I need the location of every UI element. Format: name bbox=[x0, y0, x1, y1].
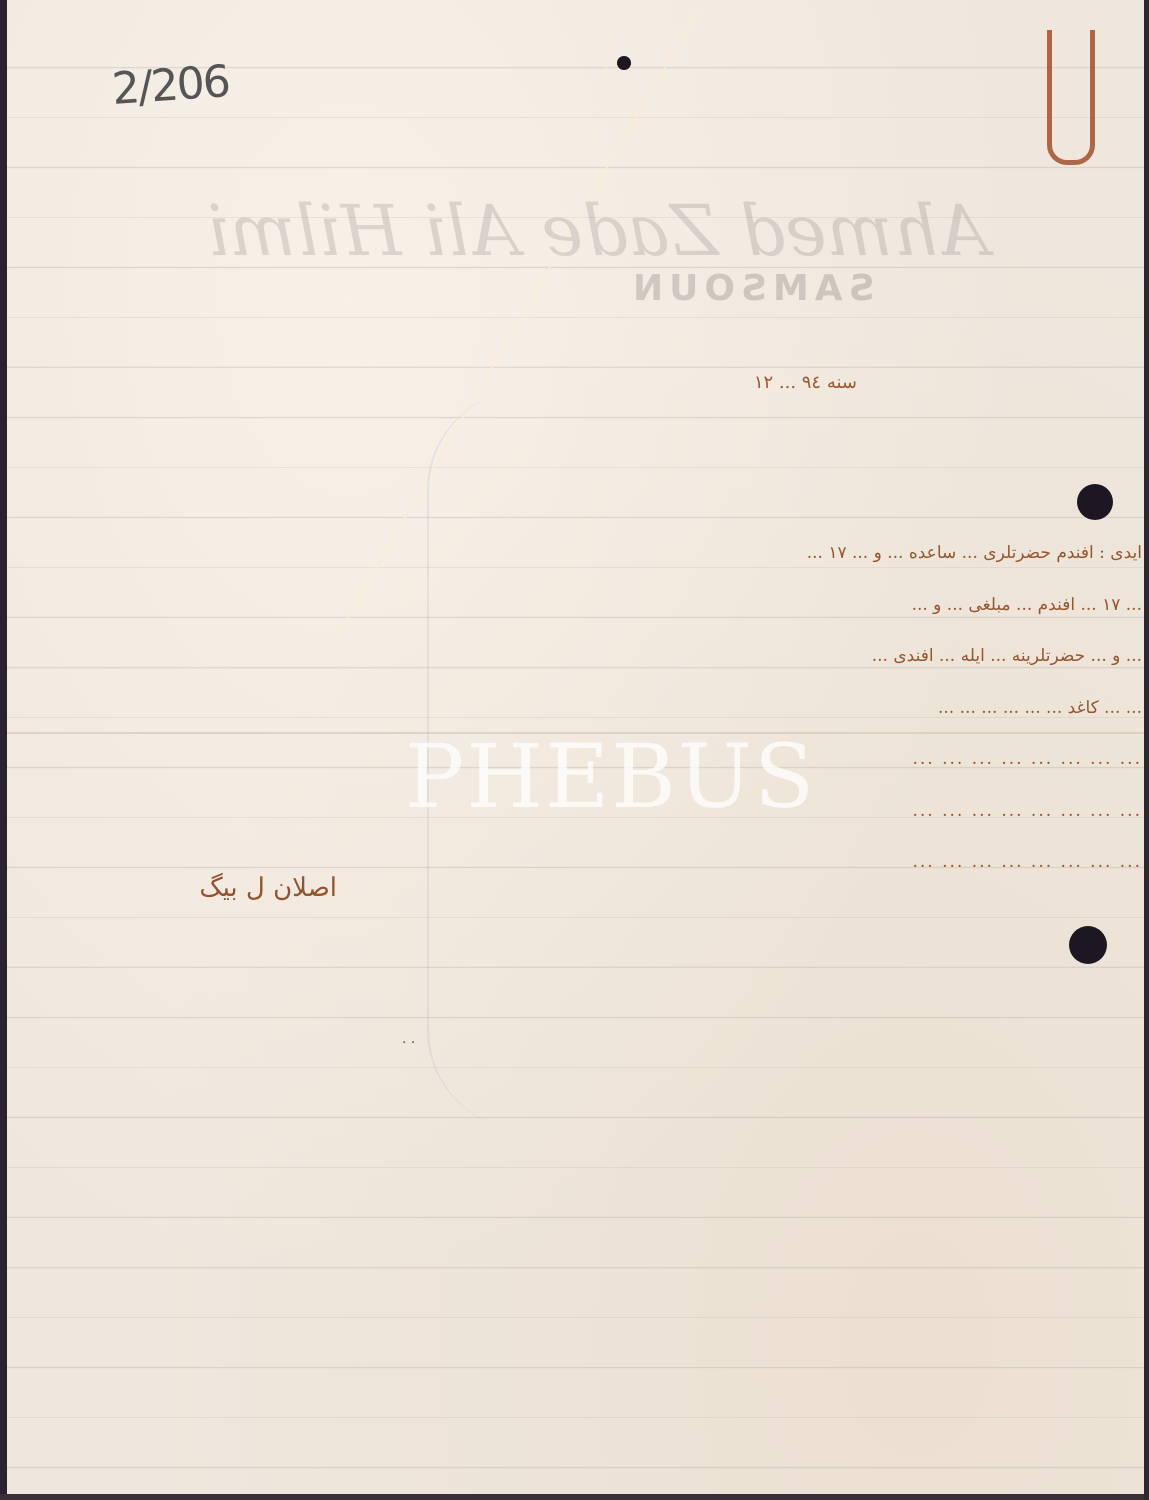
letter-sheet: Ahmed Zade Ali Hilmi SAMSOUN 2/206 سنه ٩… bbox=[7, 0, 1144, 1494]
letterhead: Ahmed Zade Ali Hilmi SAMSOUN bbox=[207, 190, 957, 310]
letter-body: ایدی : افندم حضرتلری ... ساعده ... و ...… bbox=[102, 528, 1142, 889]
date-line: سنه ٩٤ ... ١٢ bbox=[457, 372, 857, 393]
pencil-reference-number: 2/206 bbox=[110, 56, 230, 115]
small-ink-mark: · · bbox=[402, 1035, 415, 1051]
letterhead-script: Ahmed Zade Ali Hilmi bbox=[207, 190, 989, 272]
punch-hole-top bbox=[617, 56, 631, 70]
scan-right-edge bbox=[1144, 0, 1149, 1500]
body-line: ... ۱۷ ... افندم ... مبلغی ... و ... bbox=[102, 580, 1142, 632]
body-line: ... و ... حضرتلرینه ... ایله ... افندی .… bbox=[102, 631, 1142, 683]
watermark: PHEBUS bbox=[405, 725, 816, 828]
body-line: ایدی : افندم حضرتلری ... ساعده ... و ...… bbox=[102, 528, 1142, 580]
rust-paperclip-mark bbox=[1047, 30, 1095, 165]
punch-hole-middle bbox=[1077, 484, 1113, 520]
letterhead-city: SAMSOUN bbox=[627, 268, 875, 309]
signature: اصلان ل بیگ bbox=[107, 873, 337, 903]
punch-hole-bottom bbox=[1069, 926, 1107, 964]
scan-bottom-edge bbox=[0, 1494, 1149, 1500]
